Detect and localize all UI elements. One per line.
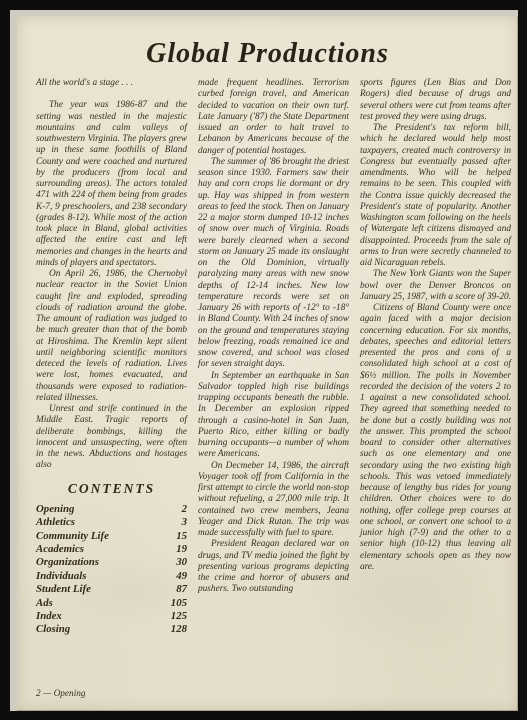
contents-heading: CONTENTS: [36, 483, 187, 494]
contents-row: Student Life 87: [36, 583, 187, 596]
contents-row: Academics 19: [36, 543, 187, 556]
paragraph: On Decmeber 14, 1986, the aircraft Voyag…: [198, 461, 349, 540]
paragraph: On April 26, 1986, the Chernobyl nuclear…: [36, 269, 187, 404]
column-left: All the world's a stage . . . The year w…: [36, 78, 187, 637]
contents-label: Organizations: [36, 556, 99, 569]
page-number-footer: 2 — Opening: [36, 689, 86, 699]
contents-row: Community Life 15: [36, 530, 187, 543]
contents-page-number: 125: [171, 610, 187, 623]
contents-label: Closing: [36, 623, 70, 636]
contents-row: Index 125: [36, 610, 187, 623]
paragraph: Unrest and strife continued in the Middl…: [36, 404, 187, 472]
paragraph: President Reagan declared war on drugs, …: [198, 539, 349, 595]
paragraph: Citizens of Bland County were once again…: [360, 303, 511, 573]
contents-page-number: 19: [176, 543, 187, 556]
contents-label: Athletics: [36, 516, 75, 529]
contents-page-number: 128: [171, 623, 187, 636]
contents-label: Opening: [36, 503, 74, 516]
paragraph: sports figures (Len Bias and Don Rogers)…: [360, 78, 511, 123]
contents-section: CONTENTS Opening 2 Athletics 3 Community…: [36, 483, 187, 637]
contents-row: Closing 128: [36, 623, 187, 636]
contents-page-number: 87: [176, 583, 187, 596]
contents-label: Academics: [36, 543, 84, 556]
contents-label: Individuals: [36, 570, 86, 583]
contents-row: Organizations 30: [36, 556, 187, 569]
contents-page-number: 49: [176, 570, 187, 583]
paragraph: The year was 1986-87 and the setting was…: [36, 100, 187, 269]
column-middle: made frequent headlines. Terrorism curbe…: [198, 78, 349, 637]
paragraph: The summer of '86 brought the driest sea…: [198, 157, 349, 371]
page-title: Global Productions: [17, 38, 518, 70]
contents-page-number: 105: [171, 597, 187, 610]
contents-label: Ads: [36, 597, 53, 610]
contents-page-number: 3: [182, 516, 187, 529]
contents-label: Index: [36, 610, 62, 623]
column-right: sports figures (Len Bias and Don Rogers)…: [360, 78, 511, 637]
paragraph: The President's tax reform bill, which h…: [360, 123, 511, 269]
text-columns: All the world's a stage . . . The year w…: [36, 78, 509, 637]
contents-page-number: 2: [182, 503, 187, 516]
contents-row: Opening 2: [36, 503, 187, 516]
contents-page-number: 30: [176, 556, 187, 569]
paragraph: made frequent headlines. Terrorism curbe…: [198, 78, 349, 157]
contents-label: Student Life: [36, 583, 91, 596]
contents-row: Athletics 3: [36, 516, 187, 529]
paragraph: In September an earthquake in San Salvad…: [198, 371, 349, 461]
paragraph: The New York Giants won the Super bowl o…: [360, 269, 511, 303]
contents-label: Community Life: [36, 530, 109, 543]
contents-row: Ads 105: [36, 597, 187, 610]
contents-page-number: 15: [176, 530, 187, 543]
yearbook-page: Global Productions All the world's a sta…: [17, 16, 518, 711]
contents-row: Individuals 49: [36, 570, 187, 583]
scanner-background: Global Productions All the world's a sta…: [10, 10, 518, 711]
tagline: All the world's a stage . . .: [36, 78, 187, 89]
